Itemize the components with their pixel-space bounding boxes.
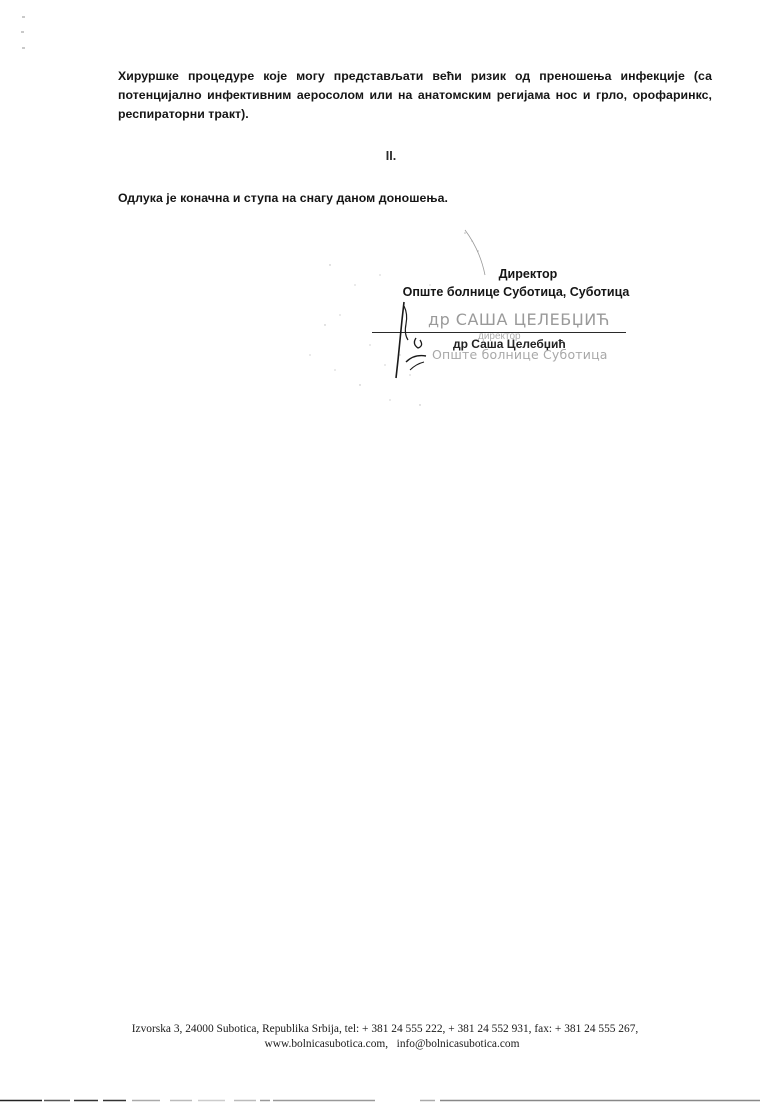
signature-block: Директор Опште болнице Суботица, Суботиц… [360, 265, 690, 301]
procedure-paragraph: Хируршке процедуре које могу представљат… [118, 67, 712, 124]
footer-address: Izvorska 3, 24000 Subotica, Republika Sr… [0, 1022, 770, 1037]
footer-email: info@bolnicasubotica.com [397, 1038, 520, 1050]
handwritten-signature [386, 300, 446, 380]
document-page: Хируршке процедуре које могу представљат… [0, 0, 770, 1104]
hospital-title: Опште болнице Суботица, Суботица [342, 283, 690, 301]
letterhead-footer: Izvorska 3, 24000 Subotica, Republika Sr… [0, 1022, 770, 1052]
scan-bottom-edge [0, 1099, 770, 1102]
section-number: II. [0, 149, 770, 163]
footer-website: www.bolnicasubotica.com, [265, 1038, 389, 1050]
director-title: Директор [360, 265, 690, 283]
scan-margin-marks [22, 14, 28, 54]
decision-paragraph: Одлука је коначна и ступа на снагу даном… [118, 189, 712, 208]
stamp-name: др САША ЦЕЛЕБЏИЋ [428, 310, 610, 329]
footer-contacts: www.bolnicasubotica.com, info@bolnicasub… [0, 1037, 770, 1052]
stamp-organization: Опште болнице Суботица [432, 347, 608, 362]
